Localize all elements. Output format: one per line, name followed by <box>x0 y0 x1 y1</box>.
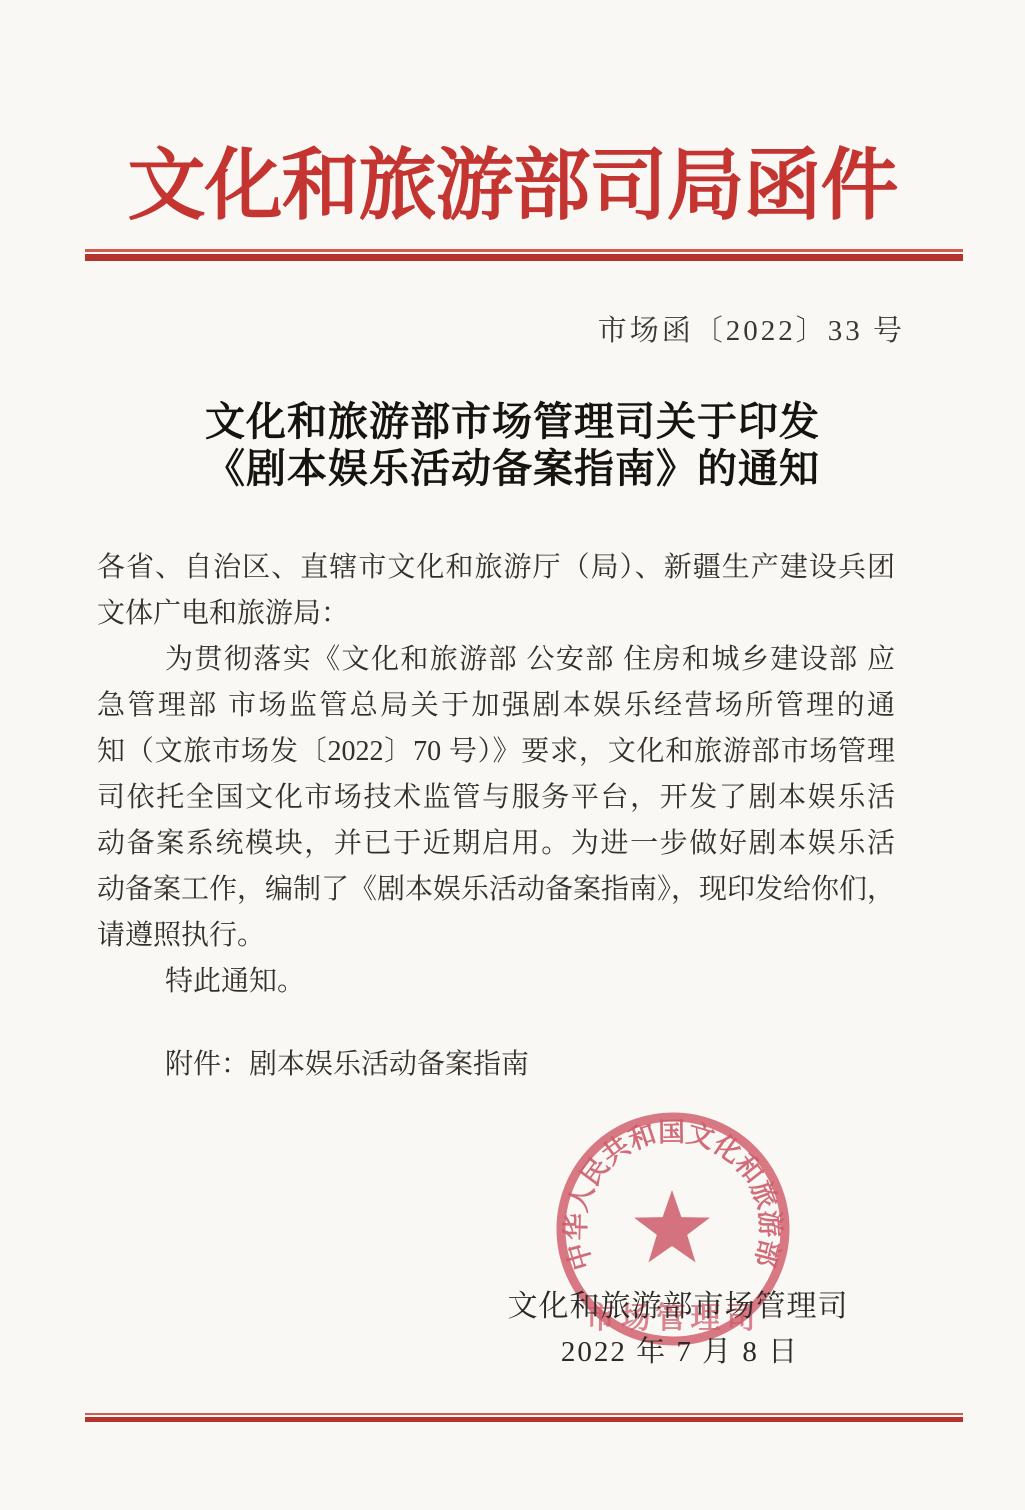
footer-rule <box>85 1413 963 1422</box>
notice-title: 文化和旅游部市场管理司关于印发 《剧本娱乐活动备案指南》的通知 <box>0 398 1025 492</box>
body-line: 特此通知。 <box>97 959 895 1005</box>
seal-star-icon <box>634 1190 710 1262</box>
letterhead-rule <box>85 249 963 261</box>
body-line: 各省、自治区、直辖市文化和旅游厅（局）、新疆生产建设兵团 <box>97 545 895 591</box>
body-line: 知（文旅市场发〔2022〕70 号）》要求，文化和旅游部市场管理 <box>97 729 895 775</box>
body-text: 各省、自治区、直辖市文化和旅游厅（局）、新疆生产建设兵团文体广电和旅游局：为贯彻… <box>97 545 895 1088</box>
notice-title-line-1: 文化和旅游部市场管理司关于印发 <box>0 398 1025 445</box>
body-line: 为贯彻落实《文化和旅游部 公安部 住房和城乡建设部 应 <box>97 637 895 683</box>
signature-name: 文化和旅游部市场管理司 <box>463 1281 893 1325</box>
notice-title-line-2: 《剧本娱乐活动备案指南》的通知 <box>0 445 1025 492</box>
body-lines: 各省、自治区、直辖市文化和旅游厅（局）、新疆生产建设兵团文体广电和旅游局：为贯彻… <box>97 545 895 1005</box>
letterhead-title: 文化和旅游部司局函件 <box>0 136 1025 236</box>
body-line: 动备案工作，编制了《剧本娱乐活动备案指南》，现印发给你们， <box>97 867 895 913</box>
attachment-line: 附件：剧本娱乐活动备案指南 <box>97 1042 895 1088</box>
body-line: 司依托全国文化市场技术监管与服务平台，开发了剧本娱乐活 <box>97 775 895 821</box>
signature-date: 2022 年 7 月 8 日 <box>465 1329 895 1370</box>
body-line: 文体广电和旅游局： <box>97 591 895 637</box>
body-line: 动备案系统模块，并已于近期启用。为进一步做好剧本娱乐活 <box>97 821 895 867</box>
document-number: 市场函〔2022〕33 号 <box>598 308 905 349</box>
body-line: 急管理部 市场监管总局关于加强剧本娱乐经营场所管理的通 <box>97 683 895 729</box>
body-line: 请遵照执行。 <box>97 913 895 959</box>
document-page: 文化和旅游部司局函件 市场函〔2022〕33 号 文化和旅游部市场管理司关于印发… <box>0 0 1025 1510</box>
